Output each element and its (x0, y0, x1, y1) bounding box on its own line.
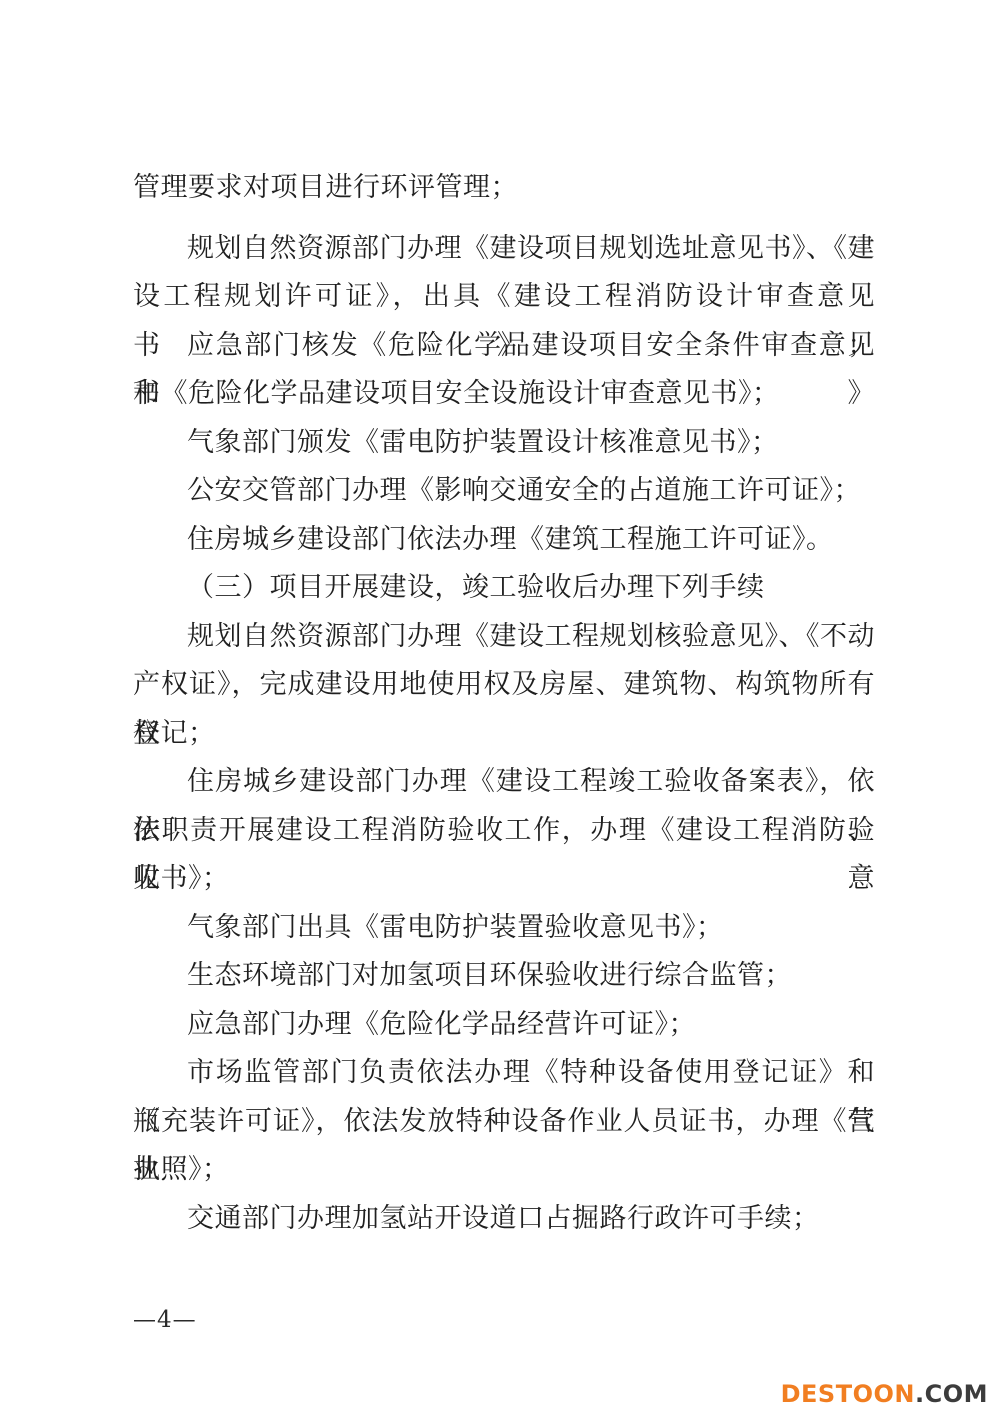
text-line: 公安交管部门办理《影响交通安全的占道施工许可证》； (133, 467, 875, 516)
text-line: 设工程规划许可证》，出具《建设工程消防设计审查意见书》； (133, 273, 875, 322)
text-line: 瓶充装许可证》，依法发放特种设备作业人员证书，办理《营业 (133, 1098, 875, 1147)
text-line: 气象部门出具《雷电防护装置验收意见书》； (133, 904, 875, 953)
page-number: —4— (133, 1305, 197, 1335)
text-line: 依职责开展建设工程消防验收工作，办理《建设工程消防验收意 (133, 807, 875, 856)
text-line: 市场监管部门负责依法办理《特种设备使用登记证》和《气 (133, 1049, 875, 1098)
text-line: 应急部门核发《危险化学品建设项目安全条件审查意见书》 (133, 322, 875, 371)
text-line: 生态环境部门对加氢项目环保验收进行综合监管； (133, 952, 875, 1001)
document-body: 管理要求对项目进行环评管理； 规划自然资源部门办理《建设项目规划选址意见书》、《… (133, 164, 875, 1243)
text-line: 住房城乡建设部门依法办理《建筑工程施工许可证》。 (133, 516, 875, 565)
text-line: 执照》； (133, 1146, 875, 1195)
watermark-brand: DESTOON (781, 1380, 915, 1408)
text-line: 产权证》，完成建设用地使用权及房屋、建筑物、构筑物所有权 (133, 661, 875, 710)
text-line: 管理要求对项目进行环评管理； (133, 164, 875, 213)
watermark: DESTOON.COM (781, 1381, 988, 1407)
text-line: 交通部门办理加氢站开设道口占掘路行政许可手续； (133, 1195, 875, 1244)
text-line: 和《危险化学品建设项目安全设施设计审查意见书》； (133, 370, 875, 419)
text-line: 气象部门颁发《雷电防护装置设计核准意见书》； (133, 419, 875, 468)
text-line: 应急部门办理《危险化学品经营许可证》； (133, 1001, 875, 1050)
text-line: 住房城乡建设部门办理《建设工程竣工验收备案表》，依法、 (133, 758, 875, 807)
document-page: 管理要求对项目进行环评管理； 规划自然资源部门办理《建设项目规划选址意见书》、《… (0, 0, 1000, 1414)
section-heading: （三）项目开展建设，竣工验收后办理下列手续 (133, 564, 875, 613)
text-line: 规划自然资源部门办理《建设工程规划核验意见》、《不动 (133, 613, 875, 662)
text-line: 规划自然资源部门办理《建设项目规划选址意见书》、《建 (133, 225, 875, 274)
text-line: 登记； (133, 710, 875, 759)
watermark-suffix: .COM (915, 1380, 988, 1408)
